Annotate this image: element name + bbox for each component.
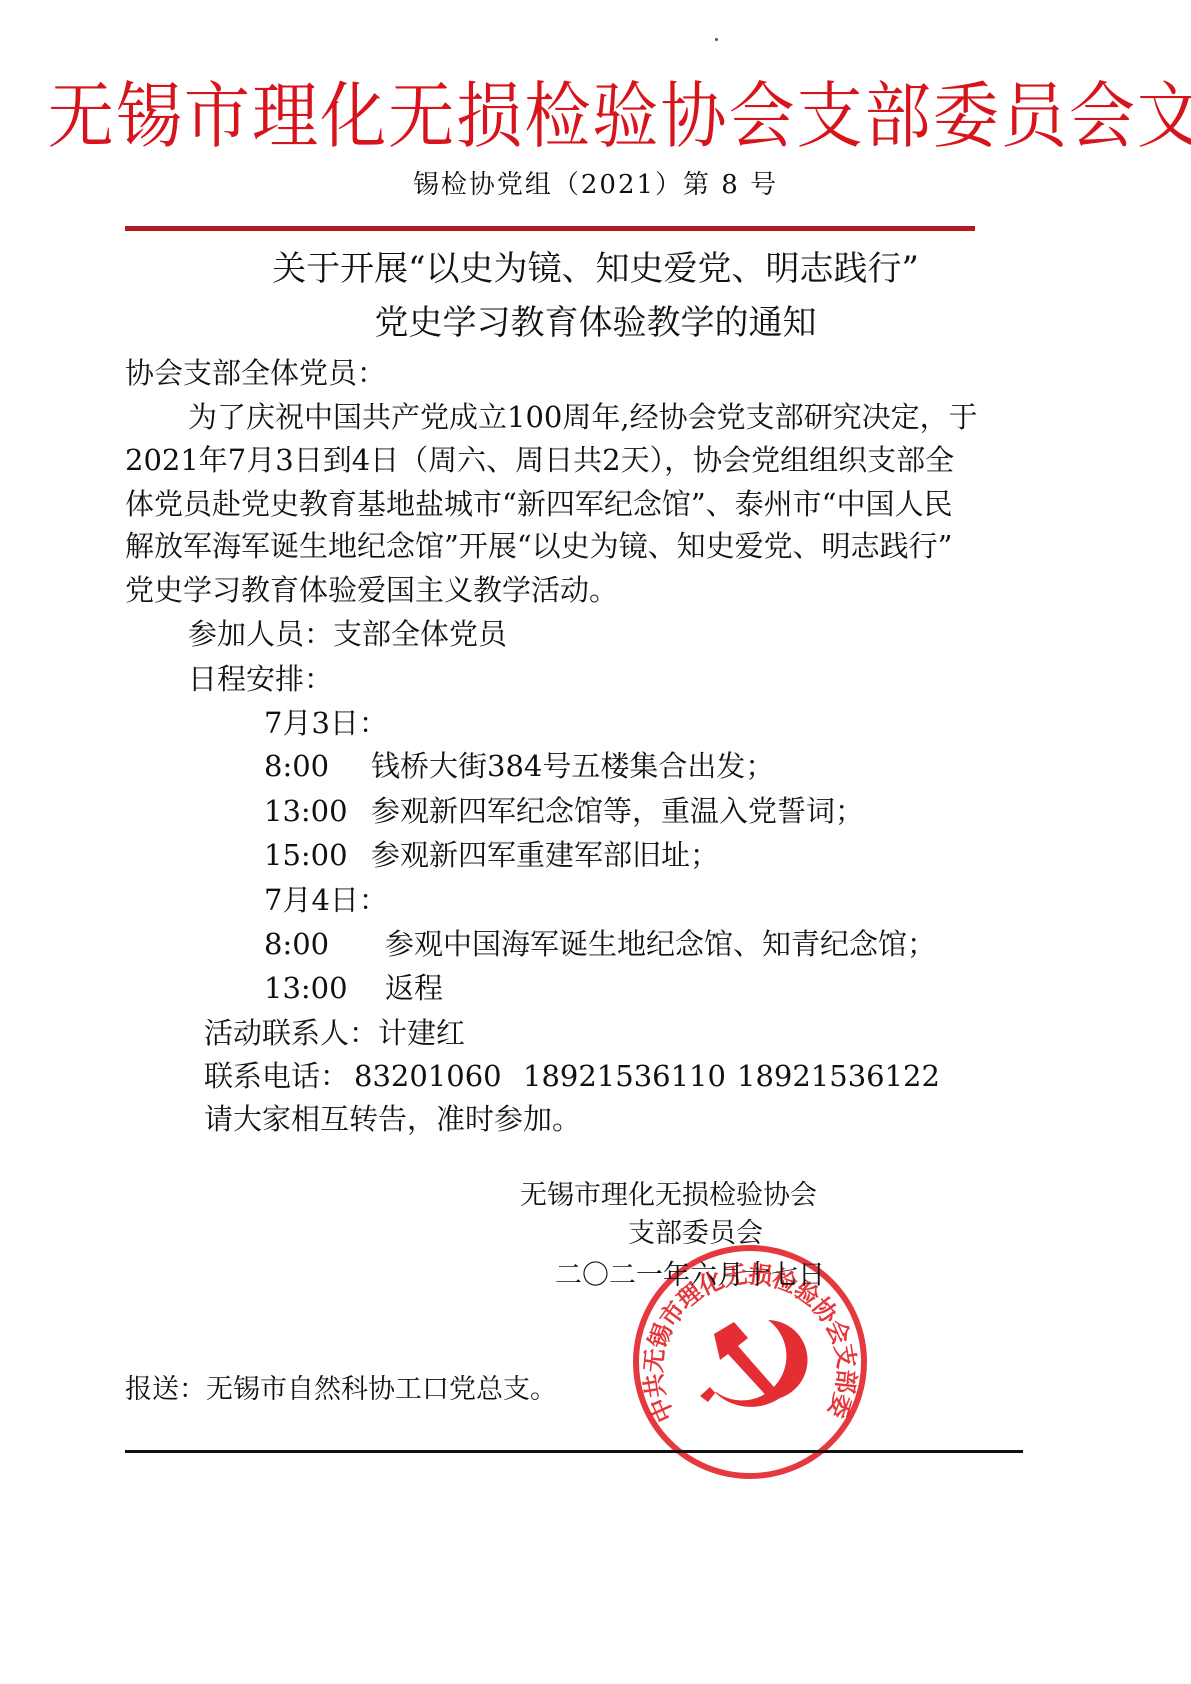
schedule-activity: 钱桥大街384号五楼集合出发； xyxy=(371,746,774,786)
hammer-sickle-icon xyxy=(700,1320,808,1407)
schedule-time: 13:00 xyxy=(264,968,348,1008)
document-number: 锡检协党组（2021）第 8 号 xyxy=(0,168,1191,202)
contact-phone-label: 联系电话： xyxy=(204,1056,349,1096)
phone-number: 18921536122 xyxy=(737,1056,940,1096)
schedule-activity: 参观新四军纪念馆等，重温入党誓词； xyxy=(371,791,864,831)
schedule-activity: 返程 xyxy=(385,968,443,1008)
paragraph-line: 解放军海军诞生地纪念馆”开展“以史为镜、知史爱党、明志践行” xyxy=(125,526,952,566)
participants: 参加人员：支部全体党员 xyxy=(188,614,507,654)
paragraph-line: 2021年7月3日到4日（周六、周日共2天），协会党组组织支部全 xyxy=(125,440,954,480)
schedule-activity: 参观新四军重建军部旧址； xyxy=(371,835,719,875)
schedule-time: 15:00 xyxy=(264,835,348,875)
contact-person: 活动联系人：计建红 xyxy=(204,1013,465,1053)
footer-divider xyxy=(125,1450,1023,1453)
schedule-time: 8:00 xyxy=(264,924,329,964)
signature-org-line-1: 无锡市理化无损检验协会 xyxy=(520,1178,817,1214)
schedule-date: 7月3日： xyxy=(264,703,388,743)
schedule-label: 日程安排： xyxy=(188,659,333,699)
schedule-time: 8:00 xyxy=(264,746,329,786)
masthead-title: 无锡市理化无损检验协会支部委员会文件 xyxy=(48,78,1144,154)
salutation: 协会支部全体党员： xyxy=(125,353,386,393)
phone-number: 83201060 xyxy=(354,1056,502,1096)
notice-title-line-2: 党史学习教育体验教学的通知 xyxy=(0,301,1191,345)
closing-line: 请大家相互转告，准时参加。 xyxy=(204,1099,581,1139)
phone-number: 18921536110 xyxy=(523,1056,726,1096)
scan-speck xyxy=(715,38,718,41)
schedule-date: 7月4日： xyxy=(264,880,388,920)
schedule-activity: 参观中国海军诞生地纪念馆、知青纪念馆； xyxy=(385,924,936,964)
paragraph-line: 党史学习教育体验爱国主义教学活动。 xyxy=(125,570,618,610)
notice-title-line-1: 关于开展“以史为镜、知史爱党、明志践行” xyxy=(0,247,1191,291)
schedule-time: 13:00 xyxy=(264,791,348,831)
signature-date: 二〇二一年六月十七日 xyxy=(555,1258,825,1294)
paragraph-line: 为了庆祝中国共产党成立100周年,经协会党支部研究决定，于 xyxy=(188,397,978,437)
paragraph-line: 体党员赴党史教育基地盐城市“新四军纪念馆”、泰州市“中国人民 xyxy=(125,484,952,524)
cc-line: 报送：无锡市自然科协工口党总支。 xyxy=(125,1370,557,1410)
red-divider xyxy=(125,226,975,231)
